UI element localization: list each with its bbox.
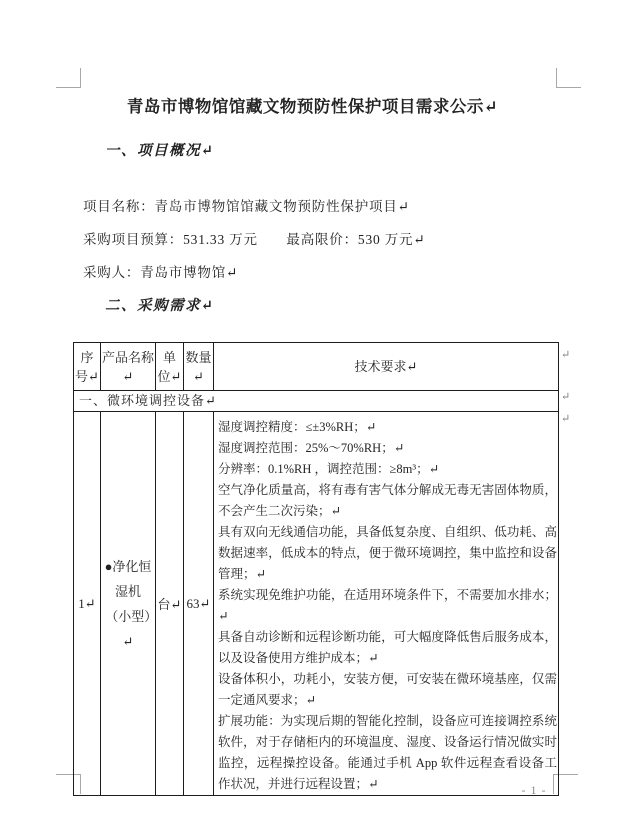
requirement-paragraph: 空气净化质量高，将有毒有害气体分解成无毒无害固体物质，不会产生二次污染；↵ bbox=[218, 480, 557, 522]
document-title: 青岛市博物馆馆藏文物预防性保护项目需求公示↵ bbox=[0, 93, 625, 117]
cell-product-name: ●净化恒湿机（小型）↵ bbox=[101, 412, 156, 796]
col-header-product-name: 产品名称↵ bbox=[101, 343, 156, 391]
cell-seq: 1↵ bbox=[74, 412, 101, 796]
requirement-paragraph: 湿度调控精度：≤±3%RH；↵ bbox=[218, 417, 557, 438]
category-row: 一、微环境调控设备↵ bbox=[74, 391, 559, 412]
cell-quantity: 63↵ bbox=[184, 412, 214, 796]
section-heading-project-overview: 一、项目概况↵ bbox=[105, 139, 215, 160]
row-end-mark: ↵ bbox=[561, 350, 570, 361]
row-end-mark: ↵ bbox=[561, 414, 570, 425]
col-header-unit: 单位↵ bbox=[156, 343, 184, 391]
requirement-paragraph: 湿度调控范围：25%～70%RH；↵ bbox=[218, 438, 557, 459]
category-row-label: 一、微环境调控设备↵ bbox=[74, 391, 559, 412]
cell-unit: 台↵ bbox=[156, 412, 184, 796]
field-project-name: 项目名称：青岛市博物馆馆藏文物预防性保护项目↵ bbox=[83, 195, 410, 215]
col-header-seq: 序号↵ bbox=[74, 343, 101, 391]
col-header-tech-requirements: 技术要求↵ bbox=[214, 343, 559, 391]
page-number: - 1 - bbox=[505, 783, 563, 798]
col-header-quantity: 数量↵ bbox=[184, 343, 214, 391]
requirement-paragraph: 具有双向无线通信功能，具备低复杂度、自组织、低功耗、高数据速率，低成本的特点，便… bbox=[218, 522, 557, 585]
requirements-table: 序号↵ 产品名称↵ 单位↵ 数量↵ 技术要求↵ 一、微环境调控设备↵ 1↵ ●净… bbox=[73, 342, 559, 796]
table-row: 1↵ ●净化恒湿机（小型）↵ 台↵ 63↵ 湿度调控精度：≤±3%RH；↵ 湿度… bbox=[74, 412, 559, 796]
row-end-mark: ↵ bbox=[561, 392, 570, 403]
margin-corner-mark-top-right bbox=[556, 68, 581, 88]
cell-tech-requirements: 湿度调控精度：≤±3%RH；↵ 湿度调控范围：25%～70%RH；↵ 分辨率：0… bbox=[214, 412, 559, 796]
table-header-row: 序号↵ 产品名称↵ 单位↵ 数量↵ 技术要求↵ bbox=[74, 343, 559, 391]
field-purchaser: 采购人：青岛市博物馆↵ bbox=[83, 261, 238, 281]
requirement-paragraph: 系统实现免维护功能，在适用环境条件下，不需要加水排水；↵ bbox=[218, 585, 557, 627]
section-heading-procurement-requirements: 二、采购需求↵ bbox=[105, 294, 215, 315]
requirement-paragraph: 设备体积小，功耗小，安装方便，可安装在微环境基座，仅需一定通风要求；↵ bbox=[218, 669, 557, 711]
requirement-paragraph: 分辨率：0.1%RH ，调控范围：≥8m³；↵ bbox=[218, 459, 557, 480]
margin-corner-mark-top-left bbox=[56, 68, 81, 88]
requirement-paragraph: 具备自动诊断和远程诊断功能，可大幅度降低售后服务成本，以及设备使用方维护成本；↵ bbox=[218, 627, 557, 669]
document-page: 青岛市博物馆馆藏文物预防性保护项目需求公示↵ 一、项目概况↵ 项目名称：青岛市博… bbox=[0, 0, 625, 824]
field-budget-and-price-limit: 采购项目预算：531.33 万元 最高限价：530 万元↵ bbox=[83, 228, 425, 248]
